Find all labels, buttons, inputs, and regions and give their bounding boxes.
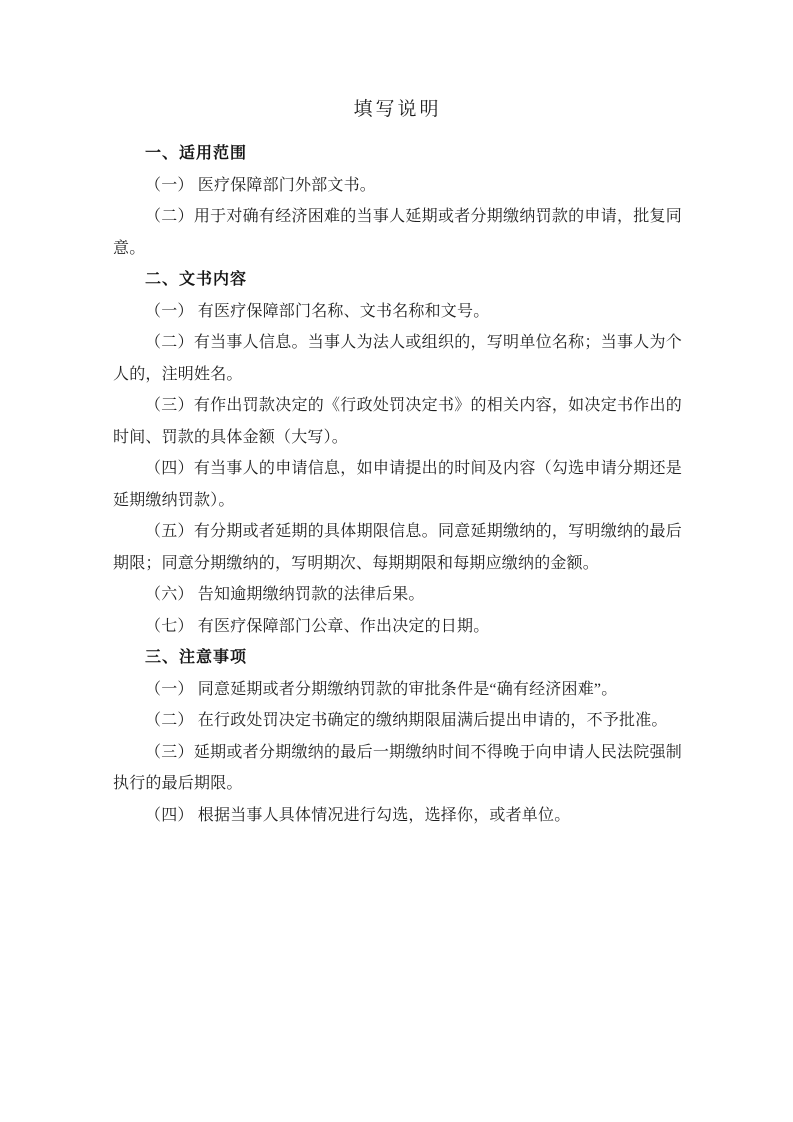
paragraph: （一） 医疗保障部门外部文书。: [113, 170, 682, 202]
paragraph: （四）有当事人的申请信息，如申请提出的时间及内容（勾选申请分期还是延期缴纳罚款）…: [113, 453, 682, 516]
paragraph: （四） 根据当事人具体情况进行勾选，选择你，或者单位。: [113, 800, 682, 832]
paragraph: （二）用于对确有经济困难的当事人延期或者分期缴纳罚款的申请，批复同意。: [113, 201, 682, 264]
section-notes: 三、注意事项 （一） 同意延期或者分期缴纳罚款的审批条件是“确有经济困难”。 （…: [113, 642, 682, 831]
paragraph: （二）有当事人信息。当事人为法人或组织的，写明单位名称；当事人为个人的，注明姓名…: [113, 327, 682, 390]
document-title: 填写说明: [113, 92, 682, 128]
paragraph: （五）有分期或者延期的具体期限信息。同意延期缴纳的，写明缴纳的最后期限；同意分期…: [113, 516, 682, 579]
section-applicable-scope: 一、适用范围 （一） 医疗保障部门外部文书。 （二）用于对确有经济困难的当事人延…: [113, 138, 682, 264]
paragraph: （三）有作出罚款决定的《行政处罚决定书》的相关内容，如决定书作出的时间、罚款的具…: [113, 390, 682, 453]
paragraph: （一） 有医疗保障部门名称、文书名称和文号。: [113, 296, 682, 328]
section-heading-document-content: 二、文书内容: [113, 264, 682, 296]
paragraph: （七） 有医疗保障部门公章、作出决定的日期。: [113, 611, 682, 643]
paragraph: （二） 在行政处罚决定书确定的缴纳期限届满后提出申请的，不予批准。: [113, 705, 682, 737]
section-heading-notes: 三、注意事项: [113, 642, 682, 674]
paragraph: （三）延期或者分期缴纳的最后一期缴纳时间不得晚于向申请人民法院强制执行的最后期限…: [113, 737, 682, 800]
section-heading-applicable-scope: 一、适用范围: [113, 138, 682, 170]
document-page: 填写说明 一、适用范围 （一） 医疗保障部门外部文书。 （二）用于对确有经济困难…: [0, 0, 793, 1122]
section-document-content: 二、文书内容 （一） 有医疗保障部门名称、文书名称和文号。 （二）有当事人信息。…: [113, 264, 682, 642]
paragraph: （一） 同意延期或者分期缴纳罚款的审批条件是“确有经济困难”。: [113, 674, 682, 706]
paragraph: （六） 告知逾期缴纳罚款的法律后果。: [113, 579, 682, 611]
